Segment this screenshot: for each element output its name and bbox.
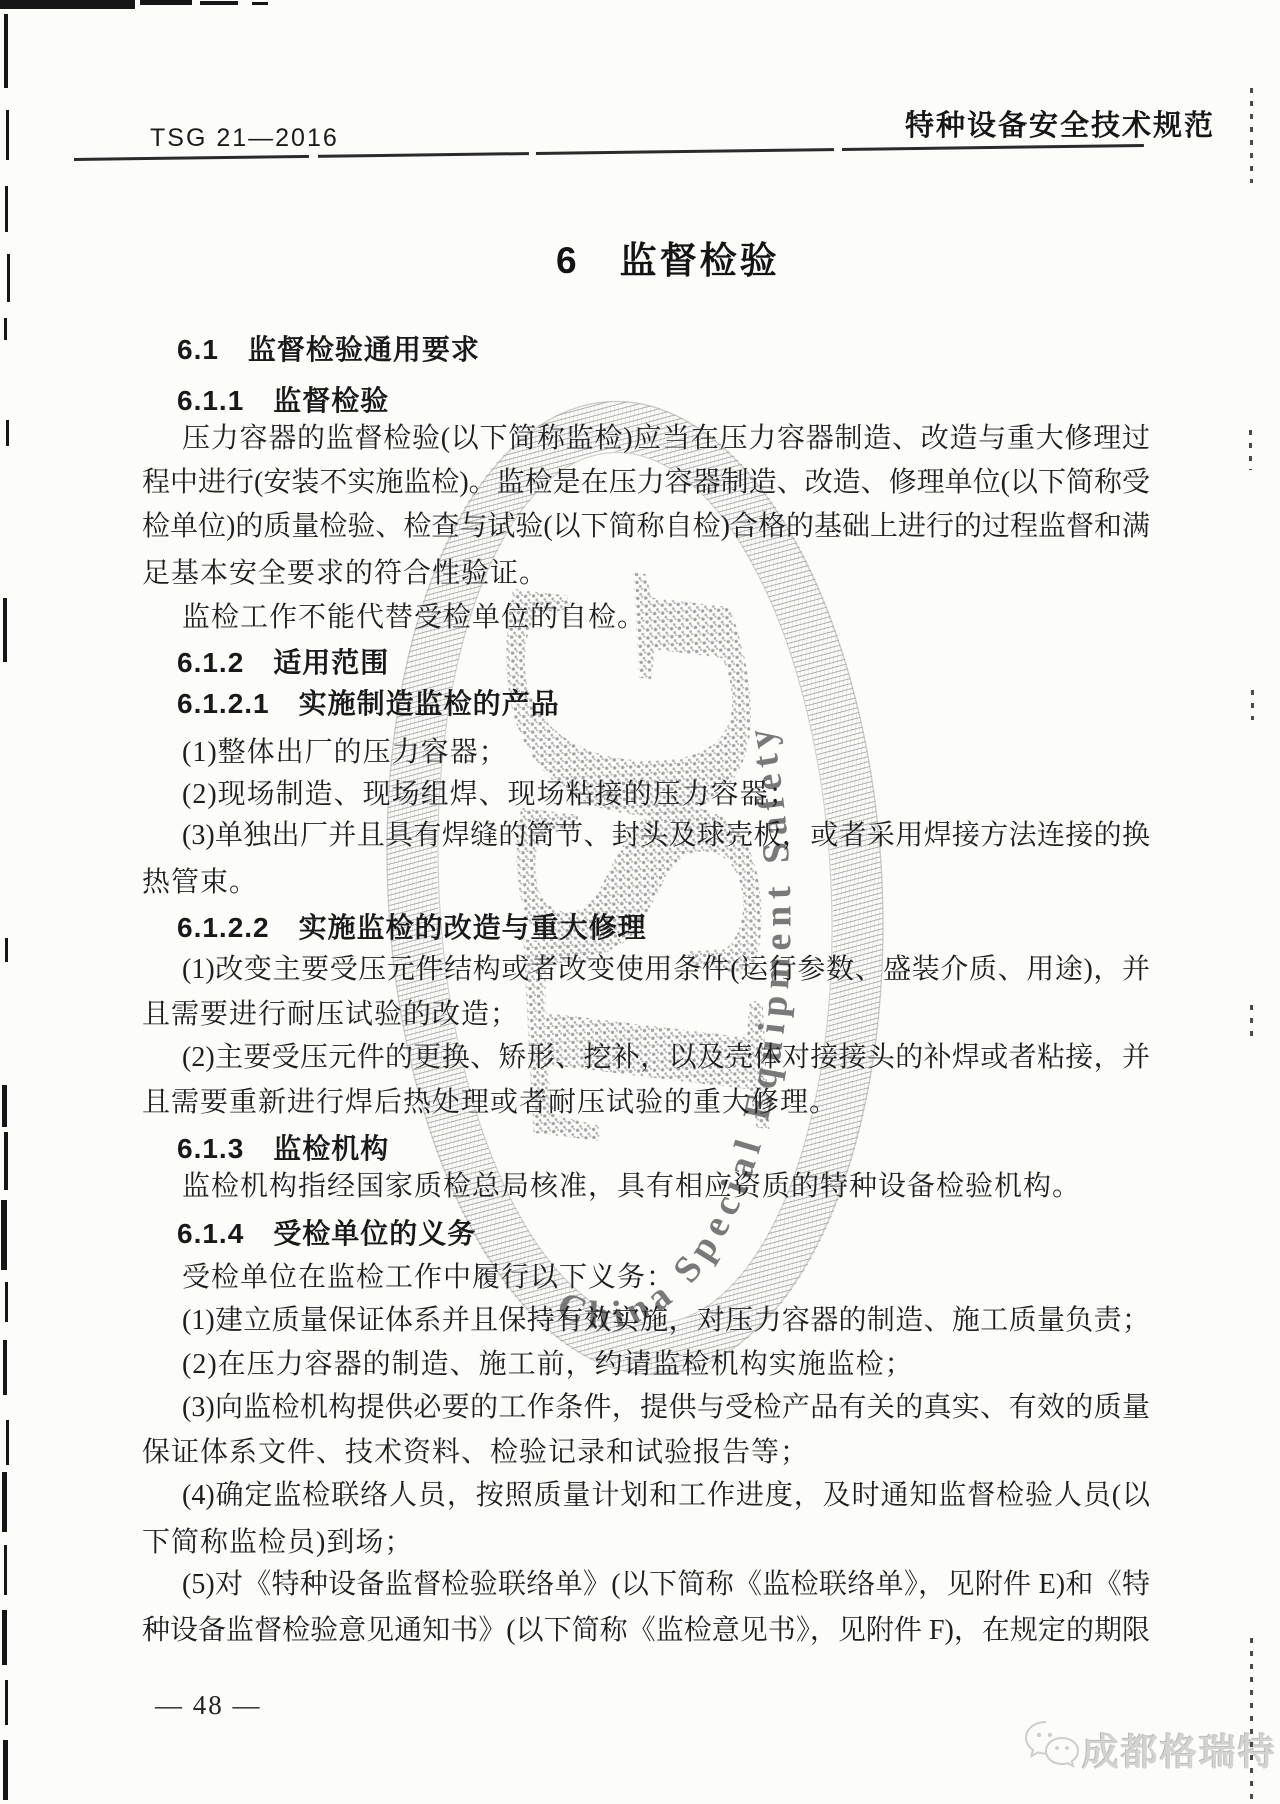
list-item: (3)单独出厂并且具有焊缝的筒节、封头及球壳板，或者采用焊接方法连接的换 <box>182 818 1150 854</box>
section-heading-6-1-2: 6.1.2 适用范围 <box>177 645 389 681</box>
list-item: (4)确定监检联络人员，按照质量计划和工作进度，及时通知监督检验人员(以 <box>182 1478 1150 1514</box>
wechat-icon <box>1022 1718 1080 1772</box>
list-item: (2)在压力容器的制造、施工前，约请监检机构实施监检； <box>182 1347 914 1383</box>
list-item: (2)主要受压元件的更换、矫形、挖补，以及壳体对接接头的补焊或者粘接，并 <box>182 1040 1150 1076</box>
list-item: (2)现场制造、现场组焊、现场粘接的压力容器； <box>182 777 798 813</box>
list-item: (3)向监检机构提供必要的工作条件，提供与受检产品有关的真实、有效的质量 <box>182 1390 1150 1426</box>
section-heading-6-1-4: 6.1.4 受检单位的义务 <box>177 1216 476 1252</box>
list-item: (1)建立质量保证体系并且保持有效实施，对压力容器的制造、施工质量负责； <box>182 1303 1150 1339</box>
list-item: (1)整体出厂的压力容器； <box>182 735 508 771</box>
body-line: 压力容器的监督检验(以下简称监检)应当在压力容器制造、改造与重大修理过 <box>182 421 1150 457</box>
section-heading-6-1-2-2: 6.1.2.2 实施监检的改造与重大修理 <box>177 910 647 946</box>
body-line: 监检工作不能代替受检单位的自检。 <box>182 600 646 636</box>
body-line: 检单位)的质量检验、检查与试验(以下简称自检)合格的基础上进行的过程监督和满 <box>142 509 1150 545</box>
body-line: 足基本安全要求的符合性验证。 <box>142 556 548 592</box>
list-item: (1)改变主要受压元件结构或者改变使用条件(运行参数、盛装介质、用途)，并 <box>182 952 1150 988</box>
section-heading-6-1-2-1: 6.1.2.1 实施制造监检的产品 <box>177 686 560 722</box>
body-line: 程中进行(安装不实施监检)。监检是在压力容器制造、改造、修理单位(以下简称受 <box>142 465 1150 501</box>
page-number: — 48 — <box>155 1690 262 1721</box>
header-doc-series: 特种设备安全技术规范 <box>905 103 1215 144</box>
header-doc-code: TSG 21—2016 <box>150 124 339 153</box>
body-line: 保证体系文件、技术资料、检验记录和试验报告等； <box>142 1435 809 1471</box>
body-line: 下简称监检员)到场； <box>142 1525 413 1561</box>
section-heading-6-1-1: 6.1.1 监督检验 <box>177 383 389 419</box>
brand-watermark: 成都格瑞特 <box>1082 1722 1277 1776</box>
body-line: 且需要重新进行焊后热处理或者耐压试验的重大修理。 <box>142 1085 838 1121</box>
list-item: (5)对《特种设备监督检验联络单》(以下简称《监检联络单》，见附件 E)和《特 <box>182 1567 1150 1603</box>
body-line: 受检单位在监检工作中履行以下义务： <box>182 1260 675 1296</box>
section-heading-6-1: 6.1 监督检验通用要求 <box>177 332 480 368</box>
section-heading-6-1-3: 6.1.3 监检机构 <box>177 1131 389 1167</box>
body-line: 监检机构指经国家质检总局核准，具有相应资质的特种设备检验机构。 <box>182 1169 1081 1205</box>
body-line: 种设备监督检验意见通知书》(以下简称《监检意见书》，见附件 F)，在规定的期限 <box>142 1613 1150 1649</box>
body-line: 热管束。 <box>142 865 258 901</box>
scanned-document-page: TSG China Special Equipment Safety TSG 2… <box>0 0 1280 1804</box>
body-line: 且需要进行耐压试验的改造； <box>142 997 519 1033</box>
text-layer: TSG 21—2016 特种设备安全技术规范 6 监督检验 6.1 监督检验通用… <box>0 0 1280 1804</box>
chapter-title: 6 监督检验 <box>556 230 780 284</box>
